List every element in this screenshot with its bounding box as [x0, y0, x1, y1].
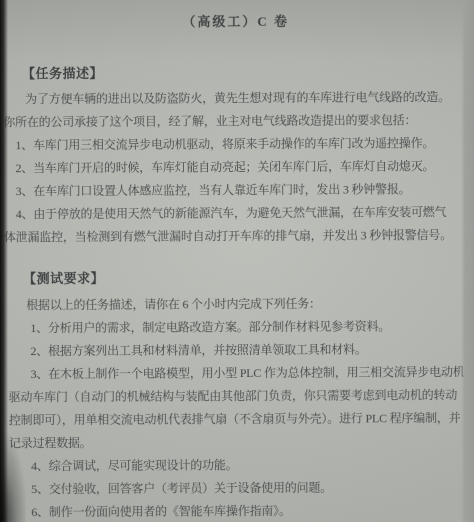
text-line: 4、由于停放的是使用天然气的新能源汽车，为避免天然气泄漏，在车库安装可燃气: [0, 201, 474, 226]
task-description-body: 为了方便车辆的进出以及防盗防火，黄先生想对现有的车库进行电气线路的改造。 你所在…: [0, 86, 474, 249]
text-line: 3、在车库门口设置人体感应监控，当有人靠近车库门时，发出 3 秒钟警报。: [0, 178, 474, 203]
section-header-test-requirements: 【测试要求】: [0, 265, 474, 290]
photo-edge-right: [461, 0, 474, 522]
text-line: 2、根据方案列出工具和材料清单，并按照清单领取工具和材料。: [0, 338, 474, 363]
text-line: 4、综合调试，尽可能实现设计的功能。: [1, 453, 474, 478]
text-line: 2、当车库门开启的时候，车库灯能自动亮起；关闭车库门后，车库灯自动熄灭。: [0, 155, 474, 180]
text-line: 根据以上的任务描述，请你在 6 个小时内完成下列任务：: [0, 292, 474, 317]
text-line: 5、交付验收，回答客户（考评员）关于设备使用的问题。: [1, 476, 474, 501]
section-header-task-description: 【任务描述】: [0, 60, 473, 85]
photo-corner-shadow: [0, 432, 26, 522]
text-line: 6、制作一份面向使用者的《智能车库操作指南》。: [1, 499, 474, 522]
paper-page: （高级工）C 卷 【任务描述】 为了方便车辆的进出以及防盗防火，黄先生想对现有的…: [0, 0, 474, 522]
text-line: 你所在的公司承接了这个项目，经了解，业主对电气线路改造提出的要求包括：: [0, 109, 473, 134]
text-line: 控制即可），用单相交流电动机代表排气扇（不含扇页与外壳）。进行 PLC 程序编制…: [1, 407, 474, 432]
test-requirements-body: 根据以上的任务描述，请你在 6 个小时内完成下列任务： 1、分析用户的需求，制定…: [0, 292, 474, 522]
text-line: 体泄漏监控，当检测到有燃气泄漏时自动打开车库的排气扇，并发出 3 秒钟报警信号。: [0, 224, 474, 249]
document-title: （高级工）C 卷: [0, 9, 473, 34]
photo-of-exam-paper: { "document": { "title": "（高级工）C 卷", "se…: [0, 0, 474, 522]
text-line: 1、分析用户的需求，制定电路改造方案。部分制作材料见参考资料。: [0, 315, 474, 340]
text-line: 3、在木板上制作一个电路模型，用小型 PLC 作为总体控制，用三相交流异步电动机: [1, 361, 474, 386]
text-line: 为了方便车辆的进出以及防盗防火，黄先生想对现有的车库进行电气线路的改造。: [0, 86, 473, 111]
text-line: 记录过程数据。: [1, 430, 474, 455]
text-line: 驱动车库门（自动门的机械结构与装配由其他部门负责，你只需要考虑到电动机的转动: [1, 384, 474, 409]
text-line: 1、车库门用三相交流异步电动机驱动，将原来手动操作的车库门改为遥控操作。: [0, 132, 473, 157]
